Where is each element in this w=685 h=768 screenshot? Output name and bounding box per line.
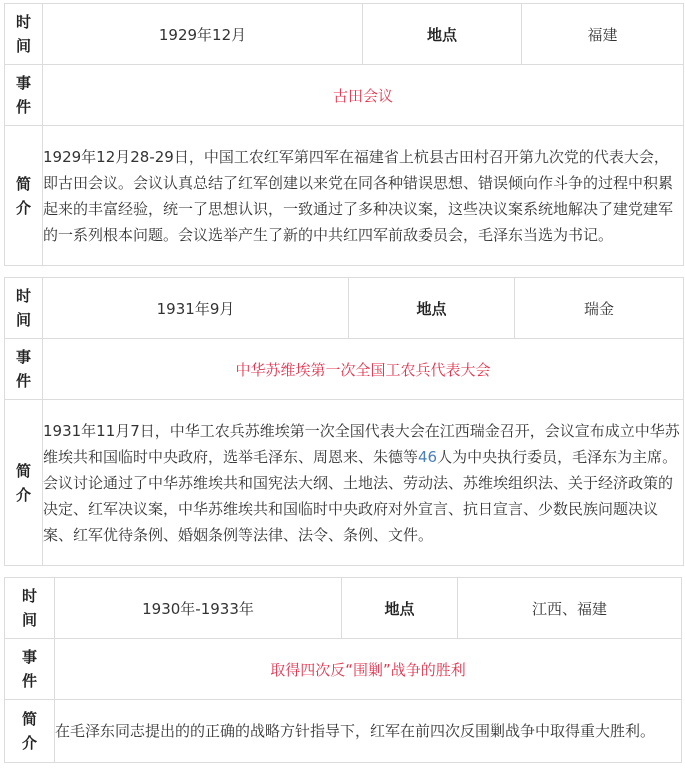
time-row: 时间 1931年9月 地点 瑞金: [5, 278, 684, 339]
summary-row: 简介 1931年11月7日，中华工农兵苏维埃第一次全国代表大会在江西瑞金召开，会…: [5, 400, 684, 566]
place-label: 地点: [349, 278, 515, 339]
event-label: 事件: [5, 639, 55, 700]
event-row: 事件 中华苏维埃第一次全国工农兵代表大会: [5, 339, 684, 400]
summary-row: 简介 在毛泽东同志提出的的正确的战略方针指导下，红军在前四次反围剿战争中取得重大…: [5, 700, 682, 763]
summary-text: 1931年11月7日，中华工农兵苏维埃第一次全国代表大会在江西瑞金召开，会议宣布…: [43, 400, 684, 566]
time-value: 1931年9月: [43, 278, 349, 339]
time-row: 时间 1930年-1933年 地点 江西、福建: [5, 578, 682, 639]
summary-label: 简介: [5, 700, 55, 763]
event-row: 事件 取得四次反“围剿”战争的胜利: [5, 639, 682, 700]
time-label: 时间: [5, 578, 55, 639]
summary-text: 在毛泽东同志提出的的正确的战略方针指导下，红军在前四次反围剿战争中取得重大胜利。: [55, 700, 682, 763]
place-value: 江西、福建: [458, 578, 682, 639]
place-label: 地点: [342, 578, 458, 639]
event-title-link[interactable]: 中华苏维埃第一次全国工农兵代表大会: [43, 339, 684, 400]
summary-text: 1929年12月28-29日，中国工农红军第四军在福建省上杭县古田村召开第九次党…: [43, 126, 684, 266]
place-value: 福建: [522, 4, 684, 65]
event-table-anti-encirclement: 时间 1930年-1933年 地点 江西、福建 事件 取得四次反“围剿”战争的胜…: [4, 577, 682, 763]
event-title-link[interactable]: 取得四次反“围剿”战争的胜利: [55, 639, 682, 700]
place-value: 瑞金: [515, 278, 684, 339]
time-label: 时间: [5, 278, 43, 339]
event-label: 事件: [5, 65, 43, 126]
summary-label: 简介: [5, 126, 43, 266]
summary-label: 简介: [5, 400, 43, 566]
time-row: 时间 1929年12月 地点 福建: [5, 4, 684, 65]
time-label: 时间: [5, 4, 43, 65]
time-value: 1929年12月: [43, 4, 363, 65]
time-value: 1930年-1933年: [55, 578, 342, 639]
summary-row: 简介 1929年12月28-29日，中国工农红军第四军在福建省上杭县古田村召开第…: [5, 126, 684, 266]
event-title-link[interactable]: 古田会议: [43, 65, 684, 126]
place-label: 地点: [363, 4, 522, 65]
event-row: 事件 古田会议: [5, 65, 684, 126]
number-highlight: 46: [418, 448, 437, 466]
event-table-gutian: 时间 1929年12月 地点 福建 事件 古田会议 简介 1929年12月28-…: [4, 3, 684, 266]
event-label: 事件: [5, 339, 43, 400]
event-table-soviet-congress: 时间 1931年9月 地点 瑞金 事件 中华苏维埃第一次全国工农兵代表大会 简介…: [4, 277, 684, 566]
